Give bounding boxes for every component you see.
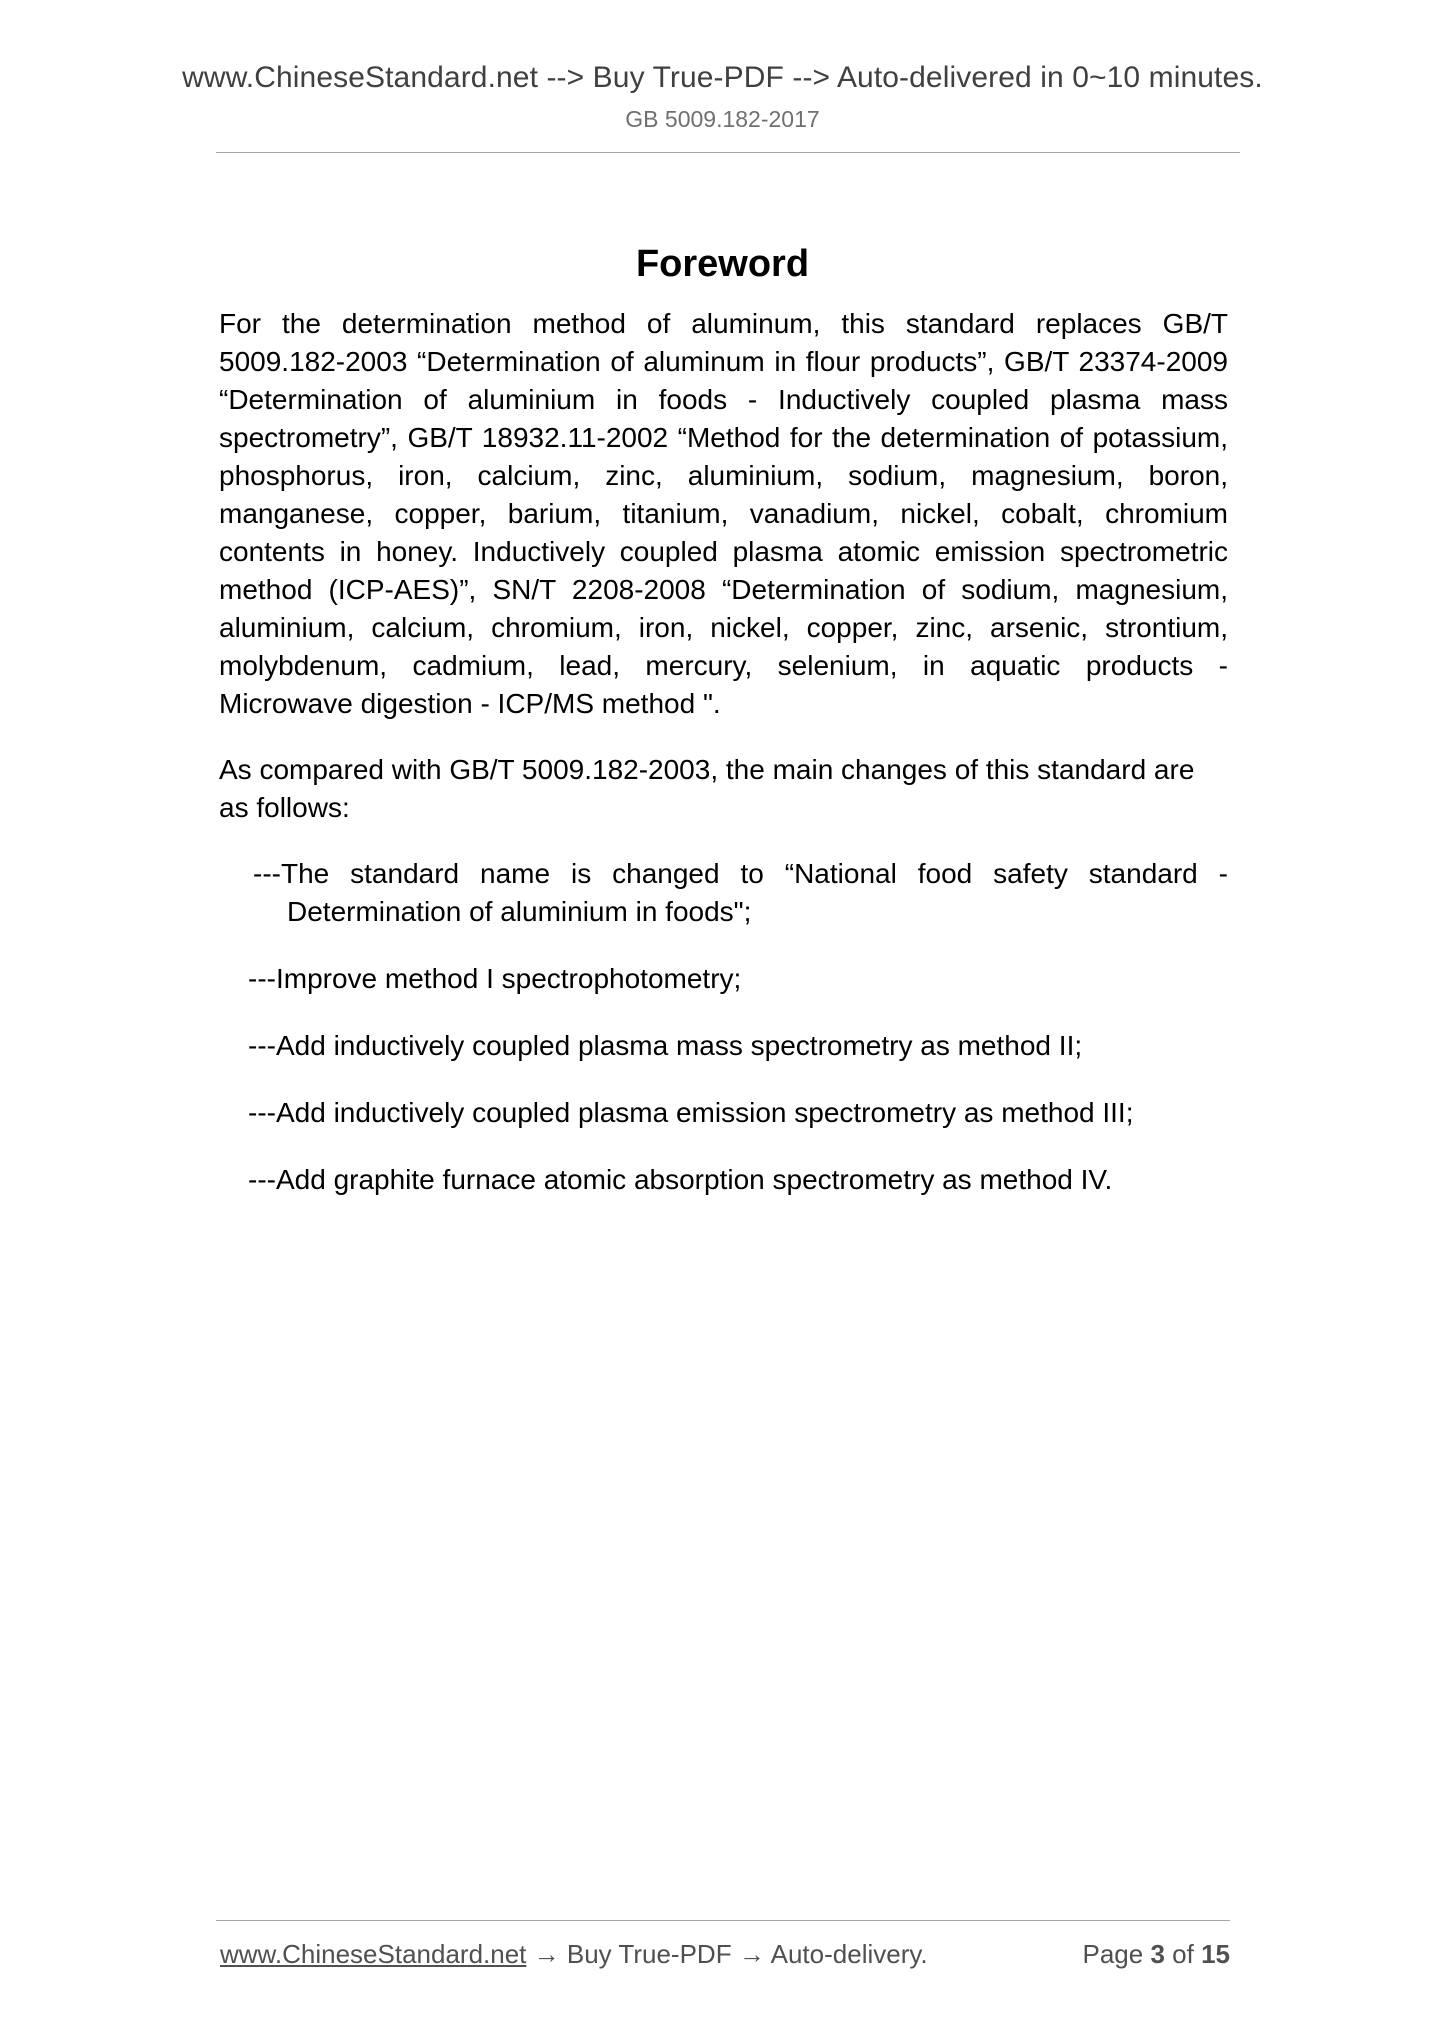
foreword-paragraph-replacements: For the determination method of aluminum… [219, 305, 1228, 723]
page-title: Foreword [0, 239, 1445, 289]
page-total: 15 [1201, 1939, 1230, 1969]
list-item: ---Add inductively coupled plasma emissi… [219, 1094, 1228, 1132]
changes-list: ---The standard name is changed to “Nati… [219, 855, 1228, 1199]
standard-code: GB 5009.182-2017 [0, 104, 1445, 134]
arrow-right-icon: → [534, 1939, 560, 1969]
foreword-paragraph-changes-intro: As compared with GB/T 5009.182-2003, the… [219, 751, 1228, 827]
list-item: ---Improve method I spectrophotometry; [219, 960, 1228, 998]
footer-promo: www.ChineseStandard.net → Buy True-PDF →… [220, 1936, 928, 1972]
page-number: Page 3 of 15 [1082, 1936, 1230, 1972]
chinesestandard-link[interactable]: www.ChineseStandard.net [220, 1939, 526, 1969]
footer-buy-text: Buy True-PDF [567, 1939, 732, 1969]
page-current: 3 [1150, 1939, 1164, 1969]
page-footer: www.ChineseStandard.net → Buy True-PDF →… [220, 1936, 1230, 1972]
header-divider [216, 152, 1240, 153]
header-banner: www.ChineseStandard.net --> Buy True-PDF… [0, 58, 1445, 98]
footer-delivery-text: Auto-delivery. [771, 1939, 928, 1969]
list-item: ---The standard name is changed to “Nati… [219, 855, 1228, 931]
list-item: ---Add graphite furnace atomic absorptio… [219, 1161, 1228, 1199]
list-item: ---Add inductively coupled plasma mass s… [219, 1027, 1228, 1065]
document-body: For the determination method of aluminum… [219, 305, 1228, 1228]
footer-divider [216, 1920, 1230, 1921]
page-of-label: of [1172, 1939, 1194, 1969]
arrow-right-icon: → [739, 1939, 765, 1969]
page-label: Page [1082, 1939, 1143, 1969]
